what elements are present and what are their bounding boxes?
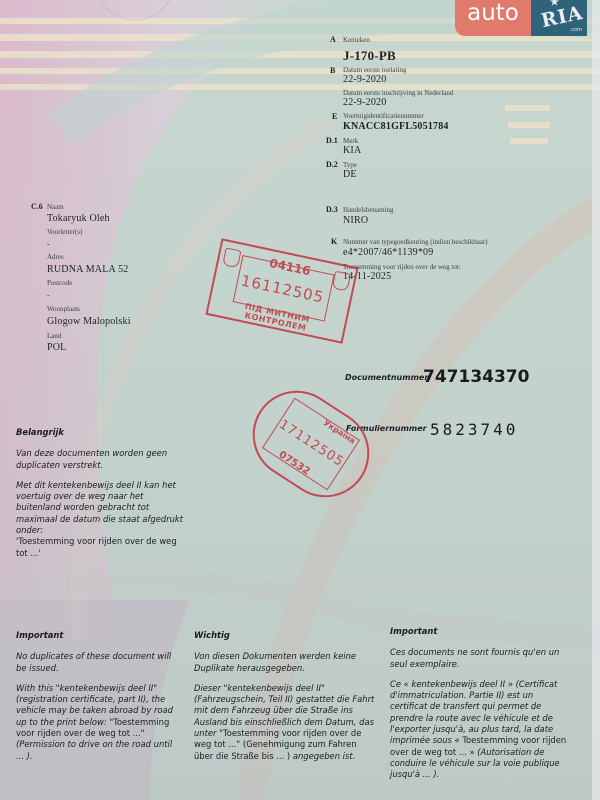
document-number-label: Documentnummer xyxy=(345,373,428,382)
note-english: Important No duplicates of these documen… xyxy=(16,630,176,771)
field-e-label: Voertuigidentificatienummer xyxy=(343,112,424,120)
vehicle-make: KIA xyxy=(343,145,361,156)
note-french-p1: Ces documents ne sont fournis qu'en un s… xyxy=(390,647,572,670)
field-d1-label: Merk xyxy=(343,137,358,145)
road-permission-label: Toestemming voor rijden over de weg tot: xyxy=(343,263,461,271)
holder-postcode-label: Postcode xyxy=(47,279,72,287)
form-number: 5823740 xyxy=(430,420,518,439)
note-dutch-quote: 'Toestemming voor rijden over de weg tot… xyxy=(16,536,186,559)
note-german-title: Wichtig xyxy=(194,630,376,641)
holder-postcode: - xyxy=(47,291,50,300)
holder-initials: - xyxy=(47,240,50,249)
holder-city-label: Woonplaats xyxy=(47,305,80,313)
field-b-label: Datum eerste toelating xyxy=(343,66,406,74)
note-german: Wichtig Von diesen Dokumenten werden kei… xyxy=(194,630,376,771)
holder-initials-label: Voorletter(s) xyxy=(47,228,82,236)
note-french-title: Important xyxy=(390,626,572,637)
license-plate: J-170-PB xyxy=(343,48,396,64)
note-english-p1: No duplicates of these document will be … xyxy=(16,651,176,674)
note-german-p1: Von diesen Dokumenten werden keine Dupli… xyxy=(194,651,376,674)
holder-name: Tokaryuk Oleh xyxy=(47,213,110,224)
autoria-watermark: auto ★ RIA .com xyxy=(455,0,593,36)
note-dutch: Belangrijk Van deze documenten worden ge… xyxy=(16,427,186,568)
note-dutch-p2: Met dit kentekenbewijs deel II kan het v… xyxy=(16,480,186,536)
field-a-label: Kenteken xyxy=(343,36,370,44)
holder-address: RUDNA MALA 52 xyxy=(47,264,129,275)
logo-ria-block: ★ RIA .com xyxy=(531,0,587,36)
vin-number: KNACC81GFL5051784 xyxy=(343,121,449,132)
holder-address-label: Adres xyxy=(47,253,64,261)
trident-emblem-icon xyxy=(222,247,241,268)
note-german-tail: angegeben ist. xyxy=(290,751,355,761)
field-d3-label: Handelsbenaming xyxy=(343,206,394,214)
trade-name: NIRO xyxy=(343,215,368,226)
first-registration-nl-date: 22-9-2020 xyxy=(343,97,386,108)
field-k-label: Nummer van typegoedkeuring (indien besch… xyxy=(343,238,488,246)
field-b-nl-label: Datum eerste inschrijving in Nederland xyxy=(343,89,453,97)
logo-ria-domain: .com xyxy=(570,27,582,33)
holder-country: POL xyxy=(47,342,67,353)
type-approval-number: e4*2007/46*1139*09 xyxy=(343,247,433,258)
note-english-tail: (Permission to drive on the road until .… xyxy=(16,739,172,760)
vehicle-type: DE xyxy=(343,169,357,180)
note-english-title: Important xyxy=(16,630,176,641)
holder-country-label: Land xyxy=(47,332,61,340)
note-dutch-p1: Van deze documenten worden geen duplicat… xyxy=(16,448,186,471)
document-number: 747134370 xyxy=(423,367,529,387)
first-admission-date: 22-9-2020 xyxy=(343,74,386,85)
note-french: Important Ces documents ne sont fournis … xyxy=(390,626,572,790)
logo-auto-text: auto xyxy=(455,0,531,36)
holder-name-label: Naam xyxy=(47,203,64,211)
holder-city: Glogow Malopolski xyxy=(47,316,131,327)
note-dutch-title: Belangrijk xyxy=(16,427,186,438)
field-d2-label: Type xyxy=(343,161,357,169)
